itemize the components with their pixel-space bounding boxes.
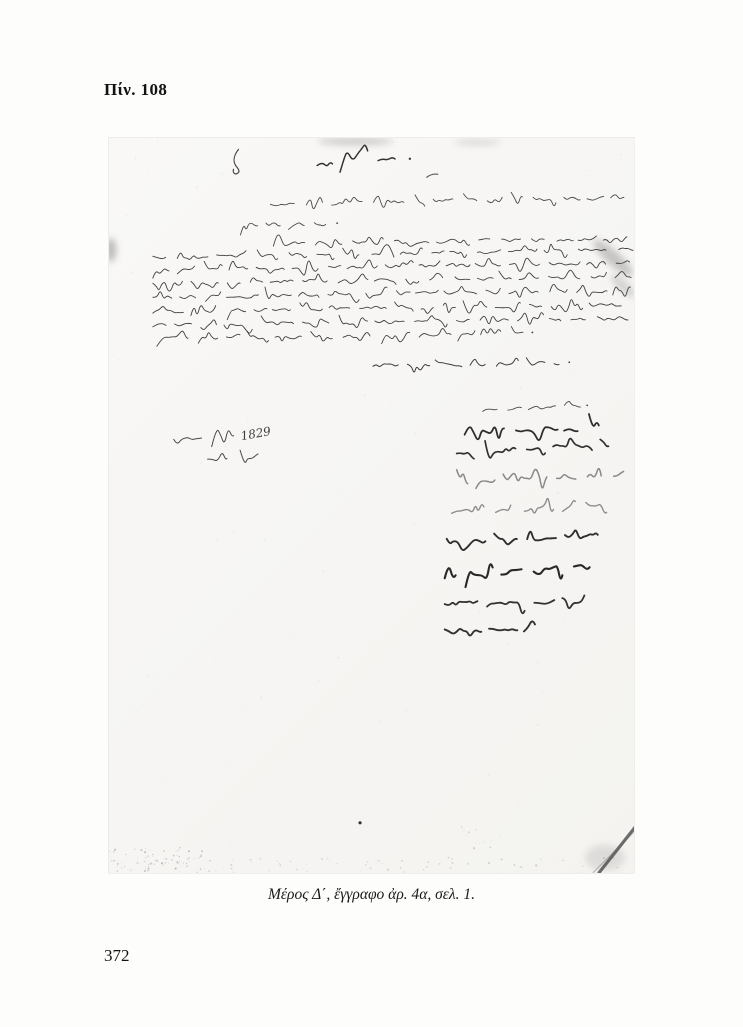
ink-line-signature-7 (445, 595, 585, 613)
mark-bottom-left-speckle-band (166, 858, 167, 859)
mark-pen-flourish (233, 149, 239, 174)
mark-bottom-left-speckle-band (163, 850, 165, 852)
mark-bottom-speckle-band (290, 861, 291, 862)
mark-bottom-speckle-band (198, 857, 200, 859)
page-number: 372 (104, 946, 130, 966)
mark-paper-grain (210, 450, 212, 452)
mark-bottom-speckle-band (278, 863, 280, 865)
mark-paper-grain (199, 463, 201, 465)
mark-bottom-speckle-band (387, 870, 388, 871)
mark-paper-grain (405, 709, 407, 711)
mark-faint-marks-cluster (473, 847, 475, 849)
mark-bottom-speckle-band (233, 871, 234, 872)
mark-paper-grain (490, 523, 491, 524)
mark-paper-grain (446, 797, 448, 799)
mark-paper-grain (435, 323, 437, 325)
ink-line-body-line-4 (153, 270, 631, 291)
mark-paper-grain (113, 714, 114, 715)
mark-bottom-left-speckle-band (145, 866, 146, 867)
mark-bottom-speckle-band (250, 859, 252, 861)
mark-left-edge-smudge (109, 238, 116, 262)
mark-paper-grain (246, 327, 248, 329)
mark-paper-grain (233, 531, 235, 533)
mark-paper-grain (259, 518, 260, 519)
mark-paper-grain (189, 825, 191, 827)
mark-paper-grain (581, 768, 583, 770)
mark-paper-grain (519, 387, 521, 389)
mark-faint-marks-cluster (479, 843, 480, 844)
plate-label: Πίν. 108 (104, 80, 167, 100)
mark-paper-grain (518, 805, 520, 807)
mark-paper-grain (337, 657, 339, 659)
mark-paper-grain (413, 523, 415, 525)
mark-paper-grain (417, 546, 418, 547)
mark-paper-grain (126, 215, 127, 216)
mark-paper-grain (198, 311, 199, 312)
mark-paper-grain (455, 368, 456, 369)
ink-line-body-line-3 (153, 258, 630, 278)
mark-bottom-left-speckle-band (152, 854, 153, 855)
mark-faint-marks-cluster (490, 834, 491, 835)
mark-bottom-speckle-band (342, 862, 343, 863)
mark-paper-grain (473, 726, 474, 727)
mark-bottom-speckle-band (180, 866, 181, 867)
mark-paper-grain (118, 359, 119, 360)
mark-bottom-left-speckle-band (196, 872, 197, 873)
mark-paper-grain (165, 688, 166, 689)
mark-paper-grain (302, 561, 303, 562)
ink-line-body-line-6 (153, 300, 621, 320)
mark-bottom-speckle-band (177, 862, 179, 864)
mark-bottom-speckle-band (111, 860, 113, 862)
mark-paper-grain (193, 649, 194, 650)
mark-bottom-left-speckle-band (137, 857, 138, 858)
mark-ink-dot (358, 821, 361, 824)
mark-paper-grain (131, 271, 133, 273)
mark-paper-grain (216, 539, 218, 541)
mark-paper-grain (255, 465, 257, 467)
mark-paper-grain (435, 824, 437, 826)
mark-paper-grain (314, 480, 315, 481)
mark-paper-grain (343, 450, 344, 451)
mark-paper-grain (184, 289, 186, 291)
mark-bottom-left-speckle-band (165, 862, 167, 864)
mark-bottom-speckle-band (183, 862, 184, 863)
mark-paper-grain (230, 841, 232, 843)
mark-paper-grain (196, 186, 198, 188)
mark-paper-grain (563, 617, 565, 619)
mark-paper-grain (447, 363, 448, 364)
mark-bottom-speckle-band (145, 857, 147, 859)
mark-paper-grain (417, 352, 418, 353)
mark-bottom-speckle-band (556, 862, 557, 863)
mark-bottom-speckle-band (209, 860, 211, 862)
manuscript-ink-svg: 1829 (109, 138, 634, 873)
mark-paper-grain (111, 242, 112, 243)
mark-paper-grain (507, 146, 508, 147)
mark-paper-grain (559, 246, 561, 248)
mark-paper-grain (326, 422, 327, 423)
mark-bottom-speckle-band (222, 867, 223, 868)
mark-bottom-speckle-band (404, 871, 406, 873)
mark-paper-grain (135, 614, 136, 615)
mark-paper-grain (479, 610, 481, 612)
mark-bottom-speckle-band (377, 860, 378, 861)
mark-paper-grain (337, 490, 338, 491)
mark-bottom-left-speckle-band (161, 862, 163, 864)
mark-paper-grain (397, 778, 398, 779)
mark-faint-marks-cluster (475, 843, 476, 844)
mark-paper-grain (515, 870, 517, 872)
mark-bottom-speckle-band (378, 860, 380, 862)
mark-bottom-speckle-band (450, 867, 452, 869)
mark-bottom-left-speckle-band (201, 850, 203, 852)
mark-paper-grain (332, 822, 333, 823)
mark-paper-grain (175, 716, 176, 717)
mark-bottom-left-speckle-band (134, 849, 135, 850)
mark-bottom-speckle-band (514, 864, 516, 866)
mark-paper-grain (570, 307, 571, 308)
photo-caption: Μέρος Δ΄, ἔγγραφο ἀρ. 4α, σελ. 1. (108, 886, 635, 904)
mark-paper-grain (351, 244, 353, 246)
mark-bottom-speckle-band (215, 870, 216, 871)
mark-paper-grain (518, 270, 519, 271)
mark-paper-grain (487, 335, 488, 336)
mark-bottom-speckle-band (426, 866, 427, 867)
mark-bottom-left-speckle-band (189, 861, 190, 862)
mark-paper-grain (242, 705, 243, 706)
mark-bottom-speckle-band (136, 862, 138, 864)
mark-bottom-speckle-band (467, 863, 469, 865)
mark-bottom-speckle-band (329, 860, 330, 861)
mark-bottom-left-speckle-band (179, 847, 180, 848)
mark-paper-grain (329, 215, 330, 216)
mark-paper-grain (364, 394, 366, 396)
mark-faint-marks-cluster (461, 826, 462, 827)
mark-bottom-speckle-band (582, 865, 584, 867)
mark-paper-grain (583, 704, 584, 705)
mark-bottom-speckle-band (268, 870, 269, 871)
mark-bottom-left-speckle-band (179, 856, 181, 858)
mark-paper-grain (506, 644, 508, 646)
mark-paper-grain (230, 762, 232, 764)
mark-bottom-speckle-band (186, 863, 187, 864)
ink-line-signature-8 (445, 621, 535, 635)
mark-paper-grain (248, 802, 249, 803)
mark-bottom-left-speckle-band (138, 860, 139, 861)
manuscript-photo: 1829 (108, 137, 635, 874)
ink-line-body-line-8-period (531, 332, 533, 334)
mark-paper-grain (273, 800, 275, 802)
mark-paper-grain (560, 645, 561, 646)
mark-top-smudge-1 (317, 138, 393, 145)
mark-bottom-speckle-band (164, 858, 165, 859)
mark-faint-marks-cluster (500, 835, 501, 836)
mark-bottom-left-speckle-band (144, 851, 146, 853)
mark-paper-grain (316, 501, 317, 502)
mark-bottom-left-speckle-band (171, 859, 173, 861)
mark-paper-grain (544, 830, 545, 831)
mark-bottom-speckle-band (451, 858, 452, 859)
mark-bottom-left-speckle-band (150, 862, 152, 864)
mark-paper-grain (620, 154, 622, 156)
mark-faint-marks-cluster (468, 831, 470, 833)
mark-paper-grain (263, 539, 265, 541)
mark-bottom-left-speckle-band (122, 863, 123, 864)
mark-bottom-speckle-band (540, 859, 541, 860)
mark-faint-marks-cluster (463, 830, 464, 831)
mark-paper-grain (391, 404, 392, 405)
mark-paper-grain (632, 815, 633, 816)
ink-line-body-line-7 (153, 313, 628, 333)
mark-paper-grain (298, 257, 299, 258)
mark-faint-marks-cluster (483, 842, 484, 843)
mark-bottom-speckle-band (153, 864, 154, 865)
mark-paper-grain (632, 859, 633, 860)
mark-bottom-left-speckle-band (178, 849, 180, 851)
mark-bottom-left-speckle-band (155, 860, 156, 861)
mark-bottom-left-speckle-band (109, 851, 110, 852)
mark-faint-marks-cluster (461, 827, 462, 828)
mark-paper-grain (542, 690, 544, 692)
mark-paper-grain (599, 781, 600, 782)
mark-bottom-speckle-band (194, 858, 195, 859)
mark-bottom-speckle-band (535, 864, 537, 866)
mark-paper-grain (588, 170, 590, 172)
mark-bottom-left-speckle-band (147, 870, 149, 872)
mark-paper-grain (318, 680, 320, 682)
mark-paper-grain (154, 672, 155, 673)
mark-paper-grain (414, 432, 416, 434)
mark-bottom-speckle-band (427, 866, 428, 867)
mark-bottom-left-speckle-band (145, 848, 146, 849)
mark-paper-grain (487, 457, 488, 458)
ink-line-signature-2 (457, 439, 609, 459)
mark-paper-grain (120, 348, 121, 349)
mark-paper-grain (487, 774, 489, 776)
mark-paper-grain (343, 547, 344, 548)
mark-paper-grain (380, 720, 382, 722)
mark-bottom-speckle-band (365, 864, 366, 865)
mark-faint-marks-cluster (468, 844, 469, 845)
mark-small-dash (427, 174, 438, 177)
mark-paper-grain (536, 662, 538, 664)
mark-paper-grain (522, 768, 523, 769)
mark-bottom-speckle-band (496, 872, 497, 873)
mark-paper-grain (294, 639, 295, 640)
mark-paper-grain (589, 630, 591, 632)
mark-bottom-left-speckle-band (155, 859, 156, 860)
mark-paper-grain (275, 870, 276, 871)
mark-bottom-left-speckle-band (157, 860, 159, 862)
mark-bottom-left-speckle-band (117, 863, 119, 865)
ink-line-body-line-5 (153, 284, 631, 302)
ink-line-body-line-8 (157, 327, 523, 347)
mark-bottom-speckle-band (360, 871, 361, 872)
mark-bottom-speckle-band (361, 870, 362, 871)
mark-bottom-left-speckle-band (148, 866, 149, 867)
mark-bottom-speckle-band (327, 858, 329, 860)
mark-paper-grain (510, 724, 511, 725)
mark-bottom-speckle-band (367, 861, 368, 862)
mark-paper-grain (185, 631, 186, 632)
mark-paper-grain (450, 808, 451, 809)
mark-bottom-left-speckle-band (144, 870, 146, 872)
mark-bottom-left-speckle-band (117, 866, 118, 867)
mark-bottom-speckle-band (232, 859, 233, 860)
mark-bottom-left-speckle-band (114, 849, 116, 851)
mark-paper-grain (361, 704, 362, 705)
mark-bottom-speckle-band (145, 868, 146, 869)
mark-bottom-left-speckle-band (117, 870, 119, 872)
mark-paper-grain (500, 206, 502, 208)
mark-bottom-left-speckle-band (177, 855, 178, 856)
mark-bottom-left-speckle-band (121, 868, 122, 869)
mark-paper-grain (483, 255, 485, 257)
mark-paper-grain (392, 141, 394, 143)
mark-bottom-speckle-band (439, 863, 441, 865)
mark-top-smudge-2 (454, 139, 502, 145)
mark-bottom-speckle-band (279, 864, 281, 866)
mark-paper-grain (265, 488, 267, 490)
ink-line-address-line-2-period (336, 222, 338, 224)
mark-paper-grain (429, 700, 430, 701)
mark-paper-grain (363, 846, 364, 847)
mark-paper-grain (214, 658, 216, 660)
mark-bottom-speckle-band (130, 869, 131, 870)
mark-bottom-left-speckle-band (148, 868, 150, 870)
book-page: Πίν. 108 1829 Μέρος Δ΄, ἔγγραφο ἀρ. 4α, … (0, 0, 743, 1027)
mark-bottom-speckle-band (154, 864, 155, 865)
mark-bottom-left-speckle-band (173, 855, 175, 857)
mark-paper-grain (157, 142, 159, 144)
mark-paper-grain (557, 492, 559, 494)
mark-bottom-left-speckle-band (139, 863, 140, 864)
mark-faint-marks-cluster (491, 841, 492, 842)
ink-line-body-line-2 (153, 244, 633, 259)
mark-paper-grain (147, 172, 148, 173)
mark-paper-grain (221, 173, 223, 175)
mark-paper-grain (109, 398, 110, 399)
mark-bottom-speckle-band (187, 858, 189, 860)
ink-line-signature-heading (483, 402, 581, 412)
mark-paper-grain (247, 421, 249, 423)
mark-bottom-speckle-band (336, 863, 337, 864)
mark-bottom-speckle-band (260, 858, 262, 860)
mark-paper-grain (311, 786, 313, 788)
ink-line-signature-heading-period (586, 404, 588, 406)
mark-bottom-left-speckle-band (186, 865, 188, 867)
mark-faint-marks-cluster (475, 829, 477, 831)
mark-bottom-left-speckle-band (131, 871, 132, 872)
mark-bottom-speckle-band (277, 861, 278, 862)
mark-bottom-left-speckle-band (179, 861, 180, 862)
mark-bottom-speckle-band (208, 870, 210, 872)
mark-bottom-left-speckle-band (168, 863, 169, 864)
mark-bottom-left-speckle-band (148, 864, 150, 866)
mark-paper-grain (135, 157, 137, 159)
mark-bottom-left-speckle-band (125, 854, 126, 855)
mark-bottom-left-speckle-band (140, 849, 142, 851)
mark-bottom-speckle-band (375, 861, 376, 862)
mark-paper-grain (319, 207, 321, 209)
mark-paper-grain (530, 513, 531, 514)
mark-bottom-speckle-band (521, 867, 523, 869)
mark-paper-grain (260, 697, 262, 699)
ink-line-salutation (317, 145, 395, 172)
mark-faint-marks-cluster (466, 835, 467, 836)
mark-bottom-speckle-band (296, 869, 298, 871)
ink-line-signature-6 (445, 564, 590, 587)
ink-line-address-line-1 (270, 192, 624, 208)
mark-bottom-speckle-band (230, 864, 232, 866)
mark-bottom-left-speckle-band (148, 861, 149, 862)
mark-bottom-speckle-band (452, 862, 454, 864)
mark-faint-marks-cluster (489, 847, 491, 849)
mark-bottom-speckle-band (306, 871, 307, 872)
ink-line-salutation-period (409, 158, 411, 160)
mark-bottom-speckle-band (400, 867, 401, 868)
mark-bottom-left-speckle-band (141, 868, 142, 869)
mark-paper-grain (160, 782, 162, 784)
mark-faint-marks-cluster (467, 831, 468, 832)
mark-bottom-speckle-band (321, 858, 323, 860)
ink-line-signature-5 (447, 530, 598, 550)
ink-line-closing-line (373, 358, 559, 372)
mark-paper-grain (590, 200, 591, 201)
mark-bottom-speckle-band (231, 868, 233, 870)
mark-bottom-left-speckle-band (113, 851, 115, 853)
ink-line-signature-1 (465, 414, 599, 440)
mark-bottom-left-speckle-band (147, 855, 149, 857)
mark-bottom-speckle-band (401, 860, 403, 862)
mark-paper-grain (141, 405, 142, 406)
mark-paper-grain (306, 863, 308, 865)
mark-bottom-left-speckle-band (179, 871, 180, 872)
mark-paper-grain (514, 304, 516, 306)
mark-bottom-speckle-band (400, 868, 401, 869)
mark-paper-grain (274, 740, 275, 741)
mark-bottom-left-speckle-band (181, 864, 182, 865)
mark-bottom-left-speckle-band (162, 864, 164, 866)
mark-bottom-speckle-band (581, 872, 582, 873)
mark-paper-grain (318, 535, 320, 537)
mark-bottom-speckle-band (448, 857, 450, 859)
ink-line-signature-3 (457, 469, 624, 489)
mark-bottom-left-speckle-band (188, 850, 190, 852)
mark-paper-grain (372, 645, 373, 646)
mark-paper-grain (574, 370, 575, 371)
mark-paper-grain (134, 520, 135, 521)
ink-line-date-line-1 (174, 430, 234, 446)
mark-paper-grain (444, 785, 445, 786)
mark-paper-grain (146, 675, 148, 677)
mark-bottom-left-speckle-band (175, 867, 177, 869)
mark-bottom-speckle-band (204, 868, 205, 869)
mark-bottom-speckle-band (251, 862, 252, 863)
mark-paper-grain (112, 216, 113, 217)
mark-bottom-speckle-band (562, 860, 564, 862)
mark-bottom-left-speckle-band (200, 868, 201, 869)
mark-bottom-speckle-band (382, 863, 383, 864)
ink-line-date-line-2 (208, 450, 258, 462)
mark-bottom-speckle-band (302, 868, 303, 869)
mark-paper-grain (597, 632, 598, 633)
mark-bottom-speckle-band (501, 858, 503, 860)
mark-bottom-speckle-band (428, 862, 430, 864)
ink-line-closing-line-period (568, 361, 570, 363)
mark-paper-grain (537, 724, 539, 726)
